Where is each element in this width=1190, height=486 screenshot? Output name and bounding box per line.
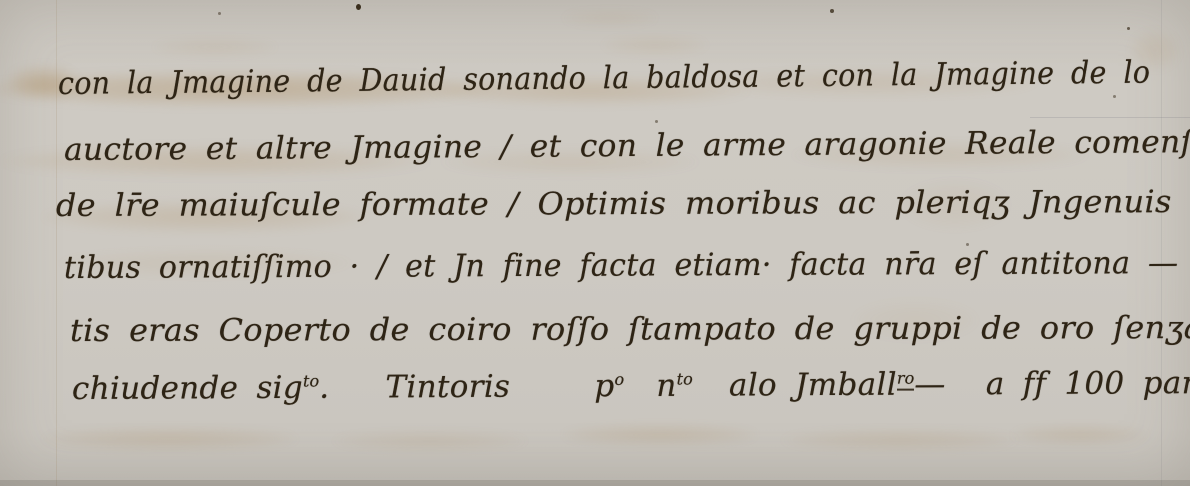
- ink-speck: [1127, 27, 1130, 30]
- ink-speck: [830, 9, 834, 13]
- line6-flourish-dash: —: [914, 366, 946, 402]
- manuscript-line-6: chiudende sigto. Tintoris po nto alo Jmb…: [72, 365, 1190, 407]
- manuscript-line-1: con la Jmagine de Dauid sonando la baldo…: [58, 55, 1151, 102]
- scan-edge-shadow: [0, 480, 1190, 486]
- stain-blob: [600, 36, 710, 54]
- stain-blob: [560, 10, 660, 26]
- ink-speck: [356, 4, 361, 10]
- line6-amount-a-ff-100-par: a ff 100 par: [986, 365, 1190, 402]
- right-ruling-line: [1030, 117, 1190, 118]
- superscript-o: o: [614, 370, 624, 389]
- ink-speck: [655, 120, 658, 123]
- stain-blob: [560, 425, 760, 445]
- line6-word-alo-jmball: alo Jmball: [729, 367, 897, 404]
- manuscript-line-5: tis eras Coperto de coiro roſſo ſtampato…: [70, 310, 1190, 349]
- manuscript-page: con la Jmagine de Dauid sonando la baldo…: [0, 0, 1190, 486]
- manuscript-line-4: tibus ornatiſſimo · / et Jn fine facta e…: [64, 245, 1178, 286]
- stain-blob: [330, 432, 530, 450]
- superscript-to: to: [303, 371, 319, 390]
- line6-period: .: [319, 370, 329, 406]
- line6-word-chiudende-sig: chiudende sig: [72, 370, 303, 407]
- line6-word-tintoris: Tintoris: [385, 369, 510, 406]
- ink-speck: [1113, 95, 1116, 98]
- stain-blob: [1010, 426, 1150, 444]
- ink-speck: [218, 12, 221, 15]
- superscript-to: to: [677, 369, 693, 388]
- right-fold-line: [1161, 0, 1162, 486]
- stain-blob: [780, 430, 1020, 450]
- line6-abbrev-p: p: [594, 368, 614, 404]
- stain-blob: [40, 428, 300, 450]
- manuscript-line-3: de lr̄e maiuſcule formate / Optimis mori…: [56, 184, 1190, 224]
- superscript-ro: ro: [897, 368, 915, 390]
- stain-blob: [150, 38, 280, 56]
- line6-abbrev-n: n: [656, 368, 676, 404]
